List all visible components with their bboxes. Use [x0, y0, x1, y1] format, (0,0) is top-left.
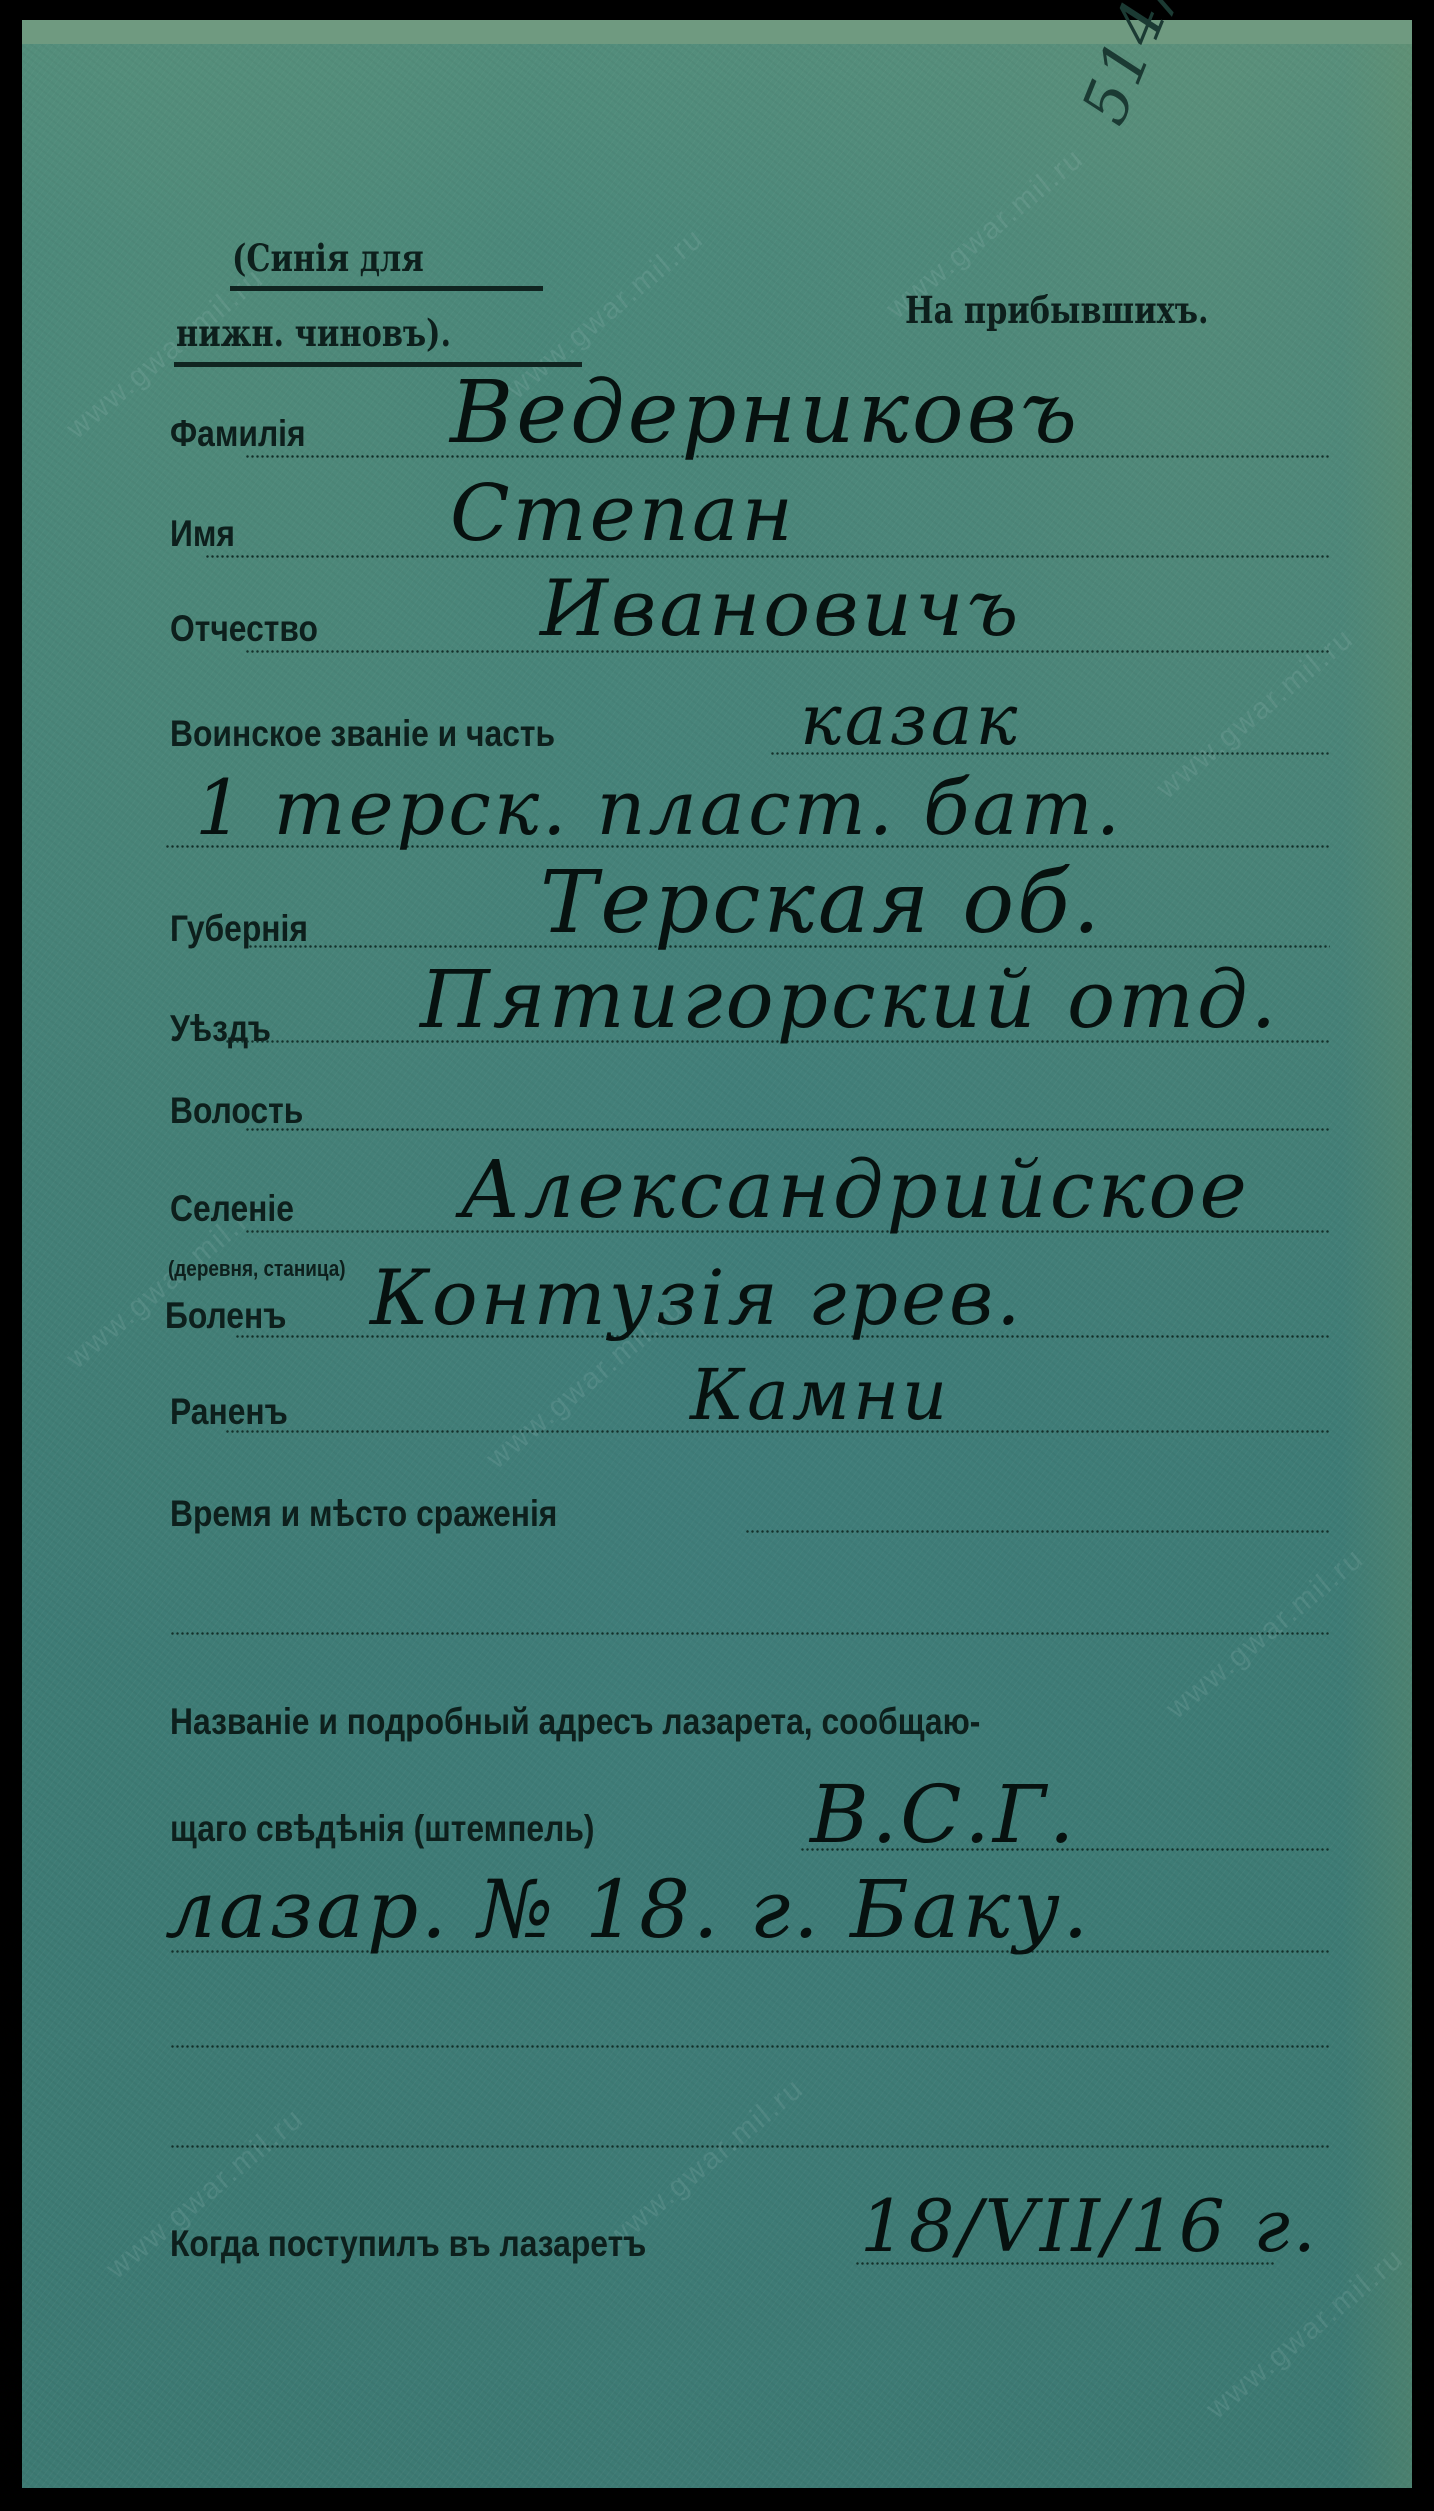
- value-rank-unit-line1: казак: [800, 685, 1020, 755]
- value-hospital-line2: лазар. № 18. г. Баку.: [165, 1870, 1091, 1950]
- value-rank-unit-line2: 1 терск. пласт. бат.: [195, 770, 1123, 846]
- line-hospital-3: [170, 2045, 1330, 2048]
- label-province: Губернія: [170, 910, 308, 947]
- label-hospital-line1: Названіе и подробный адресъ лазарета, со…: [170, 1703, 980, 1740]
- header-underline: [230, 286, 543, 291]
- value-surname: Ведерниковъ: [450, 370, 1080, 456]
- label-ill: Боленъ: [165, 1297, 286, 1334]
- label-surname: Фамилія: [170, 415, 306, 452]
- value-village: Александрийское: [460, 1150, 1250, 1230]
- header-card-type-line1: (Синія для: [232, 240, 424, 277]
- label-village-sublabel: (деревня, станица): [168, 1258, 346, 1280]
- label-rank-unit: Воинское званіе и часть: [170, 715, 555, 752]
- value-province: Терская об.: [540, 860, 1103, 946]
- line-battle: [745, 1530, 1330, 1533]
- label-wounded: Раненъ: [170, 1393, 288, 1430]
- label-village: Селеніе: [170, 1190, 294, 1227]
- label-patronymic: Отчество: [170, 610, 318, 647]
- label-first-name: Имя: [170, 515, 235, 552]
- header-title: На прибывшихъ.: [905, 292, 1209, 329]
- value-hospital-line1: В.С.Г.: [810, 1775, 1077, 1855]
- label-admitted: Когда поступилъ въ лазаретъ: [170, 2225, 646, 2262]
- label-battle: Время и мѣсто сраженія: [170, 1495, 557, 1532]
- label-volost: Волость: [170, 1092, 303, 1129]
- line-volost: [245, 1128, 1330, 1131]
- value-patronymic: Ивановичъ: [540, 570, 1021, 648]
- line-hospital-4: [170, 2145, 1330, 2148]
- header-card-type-line2: нижн. чиновъ).: [176, 315, 451, 352]
- label-hospital-line2: щаго свѣдѣнія (штемпель): [170, 1810, 594, 1847]
- value-admitted: 18/VII/16 г.: [860, 2190, 1319, 2262]
- value-wounded: Камни: [690, 1360, 950, 1430]
- line-battle-2: [170, 1632, 1330, 1635]
- value-district: Пятигорский отд.: [420, 960, 1279, 1040]
- value-first-name: Степан: [450, 475, 796, 553]
- value-ill: Контузія грев.: [370, 1260, 1023, 1336]
